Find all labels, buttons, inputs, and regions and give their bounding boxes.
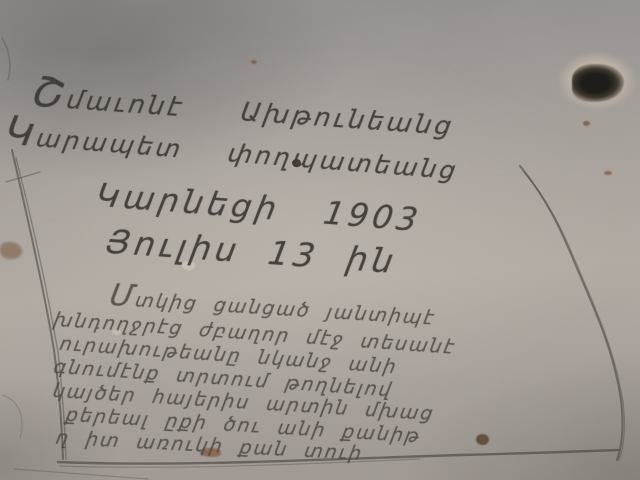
rust-speck-2: [604, 171, 612, 175]
wall-photo: Շմաւոնէ Ախթունեանց Կարապետ փողպատեանց Կա…: [0, 0, 640, 480]
rust-speck-3: [251, 60, 257, 64]
rust-stain-left: [0, 242, 22, 259]
pencil-frame-right: [520, 166, 622, 460]
rust-speck-1: [583, 121, 590, 126]
pencil-scribble-bottom-left: [14, 469, 148, 479]
pencil-scribble-left-edge: [2, 395, 22, 438]
dark-stain-bottom: [476, 434, 489, 445]
pencil-scribble-top-left: [2, 38, 10, 80]
